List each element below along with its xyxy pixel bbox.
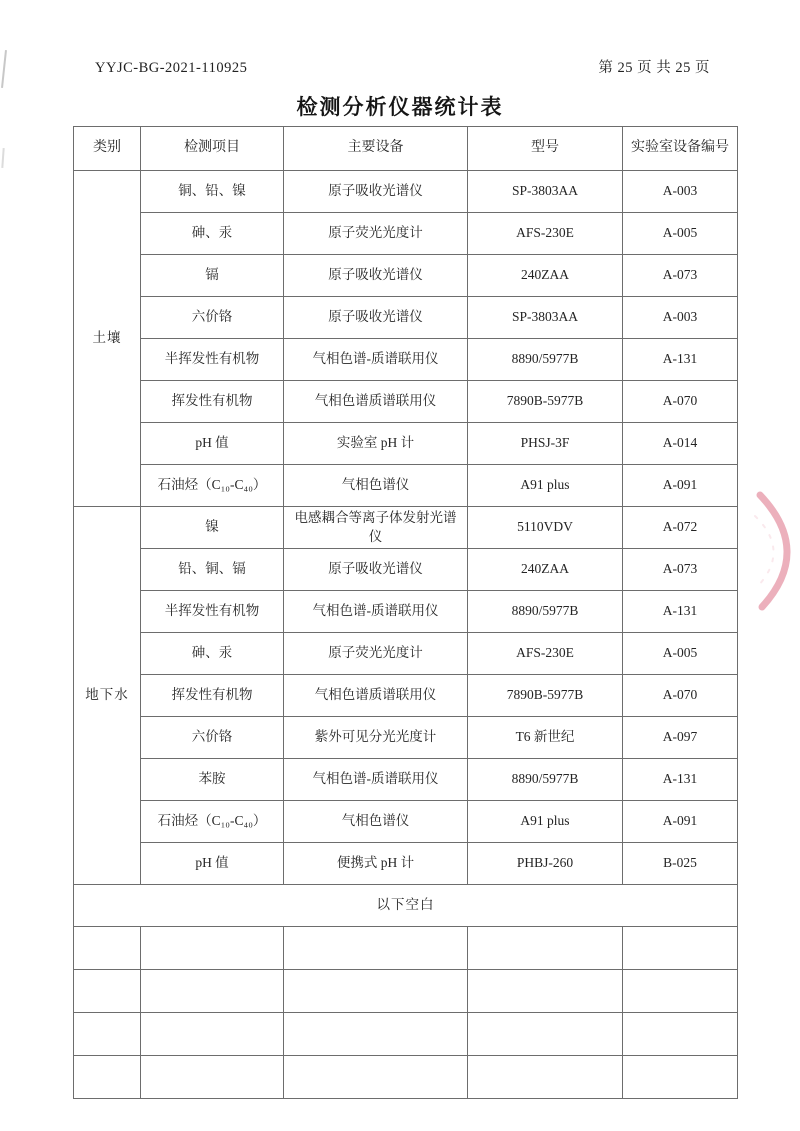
table-cell: A-070 <box>623 675 738 717</box>
table-cell: B-025 <box>623 843 738 885</box>
table-cell: A-003 <box>623 171 738 213</box>
empty-row <box>74 1013 738 1056</box>
table-row: 石油烃（C₁₀-C₄₀）气相色谱仪A91 plusA-091 <box>74 801 738 843</box>
empty-cell <box>468 1056 623 1099</box>
table-cell: 8890/5977B <box>468 759 623 801</box>
table-row: 六价铬原子吸收光谱仪SP-3803AAA-003 <box>74 297 738 339</box>
table-cell: PHBJ-260 <box>468 843 623 885</box>
table-cell: pH 值 <box>141 423 284 465</box>
table-row: 半挥发性有机物气相色谱-质谱联用仪8890/5977BA-131 <box>74 339 738 381</box>
table-cell: A-014 <box>623 423 738 465</box>
table-cell: 实验室 pH 计 <box>284 423 468 465</box>
table-cell: 原子荧光光度计 <box>284 633 468 675</box>
empty-cell <box>284 1013 468 1056</box>
table-cell: 8890/5977B <box>468 591 623 633</box>
empty-row <box>74 970 738 1013</box>
table-cell: 气相色谱质谱联用仪 <box>284 675 468 717</box>
category-cell: 地下水 <box>74 507 141 885</box>
table-cell: 气相色谱仪 <box>284 465 468 507</box>
table-cell: pH 值 <box>141 843 284 885</box>
table-row: 挥发性有机物气相色谱质谱联用仪7890B-5977BA-070 <box>74 381 738 423</box>
table-row: pH 值便携式 pH 计PHBJ-260B-025 <box>74 843 738 885</box>
column-header: 型号 <box>468 127 623 171</box>
table-cell: T6 新世纪 <box>468 717 623 759</box>
table-cell: 镉 <box>141 255 284 297</box>
red-seal-stamp-edge <box>733 490 795 612</box>
table-cell: A-003 <box>623 297 738 339</box>
table-cell: 原子吸收光谱仪 <box>284 255 468 297</box>
table-cell: A-005 <box>623 633 738 675</box>
table-cell: 苯胺 <box>141 759 284 801</box>
table-cell: SP-3803AA <box>468 171 623 213</box>
footer-note-cell: 以下空白 <box>74 885 738 927</box>
document-header: YYJC-BG-2021-110925 第 25 页 共 25 页 <box>0 0 800 77</box>
table-cell: 气相色谱-质谱联用仪 <box>284 339 468 381</box>
table-cell: 240ZAA <box>468 255 623 297</box>
table-row: 砷、汞原子荧光光度计AFS-230EA-005 <box>74 213 738 255</box>
table-cell: 原子吸收光谱仪 <box>284 549 468 591</box>
table-cell: 挥发性有机物 <box>141 381 284 423</box>
table-cell: SP-3803AA <box>468 297 623 339</box>
instruments-table: 类别检测项目主要设备型号实验室设备编号 土壤铜、铅、镍原子吸收光谱仪SP-380… <box>73 126 738 1099</box>
table-row: 地下水镍电感耦合等离子体发射光谱仪5110VDVA-072 <box>74 507 738 549</box>
table-row: 土壤铜、铅、镍原子吸收光谱仪SP-3803AAA-003 <box>74 171 738 213</box>
table-cell: 挥发性有机物 <box>141 675 284 717</box>
empty-cell <box>623 1056 738 1099</box>
table-cell: 气相色谱仪 <box>284 801 468 843</box>
table-cell: 7890B-5977B <box>468 675 623 717</box>
empty-cell <box>74 970 141 1013</box>
table-cell: A-097 <box>623 717 738 759</box>
table-row: pH 值实验室 pH 计PHSJ-3FA-014 <box>74 423 738 465</box>
table-row: 半挥发性有机物气相色谱-质谱联用仪8890/5977BA-131 <box>74 591 738 633</box>
table-cell: A91 plus <box>468 465 623 507</box>
table-cell: 六价铬 <box>141 297 284 339</box>
column-header: 实验室设备编号 <box>623 127 738 171</box>
table-cell: A91 plus <box>468 801 623 843</box>
table-cell: A-091 <box>623 465 738 507</box>
table-cell: A-070 <box>623 381 738 423</box>
page-indicator: 第 25 页 共 25 页 <box>598 56 710 77</box>
doc-number: YYJC-BG-2021-110925 <box>95 60 247 77</box>
empty-row <box>74 927 738 970</box>
table-cell: A-005 <box>623 213 738 255</box>
empty-cell <box>623 970 738 1013</box>
category-cell: 土壤 <box>74 171 141 507</box>
table-cell: A-131 <box>623 591 738 633</box>
table-cell: 紫外可见分光光度计 <box>284 717 468 759</box>
page-title: 检测分析仪器统计表 <box>0 91 800 121</box>
empty-cell <box>74 1013 141 1056</box>
empty-cell <box>623 927 738 970</box>
column-header: 类别 <box>74 127 141 171</box>
table-cell: 气相色谱-质谱联用仪 <box>284 759 468 801</box>
table-cell: 便携式 pH 计 <box>284 843 468 885</box>
table-cell: 砷、汞 <box>141 213 284 255</box>
column-header: 主要设备 <box>284 127 468 171</box>
empty-cell <box>141 927 284 970</box>
empty-cell <box>468 927 623 970</box>
table-row: 石油烃（C₁₀-C₄₀）气相色谱仪A91 plusA-091 <box>74 465 738 507</box>
table-cell: A-091 <box>623 801 738 843</box>
empty-cell <box>623 1013 738 1056</box>
table-cell: 镍 <box>141 507 284 549</box>
empty-cell <box>468 1013 623 1056</box>
empty-row <box>74 1056 738 1099</box>
table-row: 砷、汞原子荧光光度计AFS-230EA-005 <box>74 633 738 675</box>
table-cell: 气相色谱质谱联用仪 <box>284 381 468 423</box>
footer-note-row: 以下空白 <box>74 885 738 927</box>
column-header: 检测项目 <box>141 127 284 171</box>
table-cell: 8890/5977B <box>468 339 623 381</box>
table-row: 镉原子吸收光谱仪240ZAAA-073 <box>74 255 738 297</box>
empty-cell <box>141 1013 284 1056</box>
table-cell: 铜、铅、镍 <box>141 171 284 213</box>
table-cell: 半挥发性有机物 <box>141 339 284 381</box>
empty-cell <box>284 927 468 970</box>
table-cell: A-073 <box>623 549 738 591</box>
empty-cell <box>74 1056 141 1099</box>
table-cell: 5110VDV <box>468 507 623 549</box>
table-cell: 电感耦合等离子体发射光谱仪 <box>284 507 468 549</box>
table-cell: A-072 <box>623 507 738 549</box>
table-row: 六价铬紫外可见分光光度计T6 新世纪A-097 <box>74 717 738 759</box>
table-cell: 原子荧光光度计 <box>284 213 468 255</box>
table-header-row: 类别检测项目主要设备型号实验室设备编号 <box>74 127 738 171</box>
empty-cell <box>468 970 623 1013</box>
table-row: 苯胺气相色谱-质谱联用仪8890/5977BA-131 <box>74 759 738 801</box>
scan-artifact <box>1 148 4 168</box>
table-cell: 石油烃（C₁₀-C₄₀） <box>141 801 284 843</box>
table-cell: 原子吸收光谱仪 <box>284 297 468 339</box>
table-cell: A-073 <box>623 255 738 297</box>
table-body: 土壤铜、铅、镍原子吸收光谱仪SP-3803AAA-003砷、汞原子荧光光度计AF… <box>74 171 738 1099</box>
table-cell: A-131 <box>623 339 738 381</box>
empty-cell <box>141 1056 284 1099</box>
table-row: 铅、铜、镉原子吸收光谱仪240ZAAA-073 <box>74 549 738 591</box>
table-cell: 7890B-5977B <box>468 381 623 423</box>
table-cell: AFS-230E <box>468 213 623 255</box>
table-cell: AFS-230E <box>468 633 623 675</box>
table-cell: 240ZAA <box>468 549 623 591</box>
table-row: 挥发性有机物气相色谱质谱联用仪7890B-5977BA-070 <box>74 675 738 717</box>
empty-cell <box>74 927 141 970</box>
table-cell: 砷、汞 <box>141 633 284 675</box>
empty-cell <box>141 970 284 1013</box>
table-cell: A-131 <box>623 759 738 801</box>
table-cell: 原子吸收光谱仪 <box>284 171 468 213</box>
empty-cell <box>284 970 468 1013</box>
document-page: YYJC-BG-2021-110925 第 25 页 共 25 页 检测分析仪器… <box>0 0 800 1131</box>
table-cell: PHSJ-3F <box>468 423 623 465</box>
table-cell: 石油烃（C₁₀-C₄₀） <box>141 465 284 507</box>
table-cell: 半挥发性有机物 <box>141 591 284 633</box>
table-cell: 气相色谱-质谱联用仪 <box>284 591 468 633</box>
table-cell: 铅、铜、镉 <box>141 549 284 591</box>
empty-cell <box>284 1056 468 1099</box>
table-cell: 六价铬 <box>141 717 284 759</box>
